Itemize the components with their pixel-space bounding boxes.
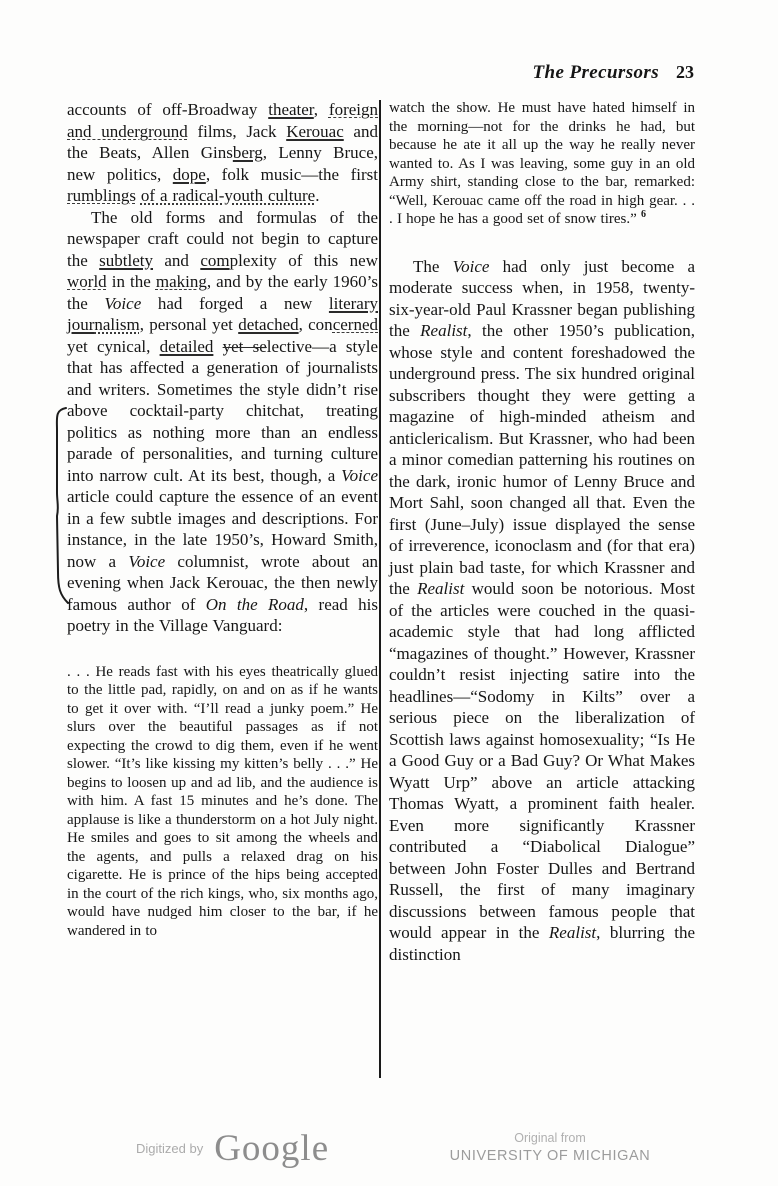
block-quote-kerouac-continued: watch the show. He must have hated himse…: [389, 99, 695, 229]
institution-name: UNIVERSITY OF MICHIGAN: [443, 1148, 657, 1164]
running-header: The Precursors 23: [533, 62, 694, 84]
right-column: watch the show. He must have hated himse…: [389, 99, 695, 965]
page-number: 23: [676, 62, 694, 83]
digitized-by-label: Digitized by: [136, 1141, 203, 1156]
paragraph-intro: accounts of off-Broadway theater, foreig…: [67, 99, 378, 207]
scan-footer-right: Original from UNIVERSITY OF MICHIGAN: [443, 1131, 657, 1164]
google-logo: Google: [214, 1130, 329, 1167]
paragraph-krassner-realist: The Voice had only just become a moderat…: [389, 256, 695, 966]
chapter-title: The Precursors: [533, 62, 659, 84]
column-divider-rule: [379, 100, 381, 1078]
paragraph-voice-style: The old forms and formulas of the newspa…: [67, 207, 378, 637]
left-column: accounts of off-Broadway theater, foreig…: [67, 99, 378, 940]
scanned-book-page: The Precursors 23 accounts of off-Broadw…: [0, 0, 778, 1186]
scan-footer-left: Digitized by Google: [136, 1130, 329, 1167]
original-from-label: Original from: [443, 1131, 657, 1145]
block-quote-kerouac: . . . He reads fast with his eyes theatr…: [67, 663, 378, 941]
